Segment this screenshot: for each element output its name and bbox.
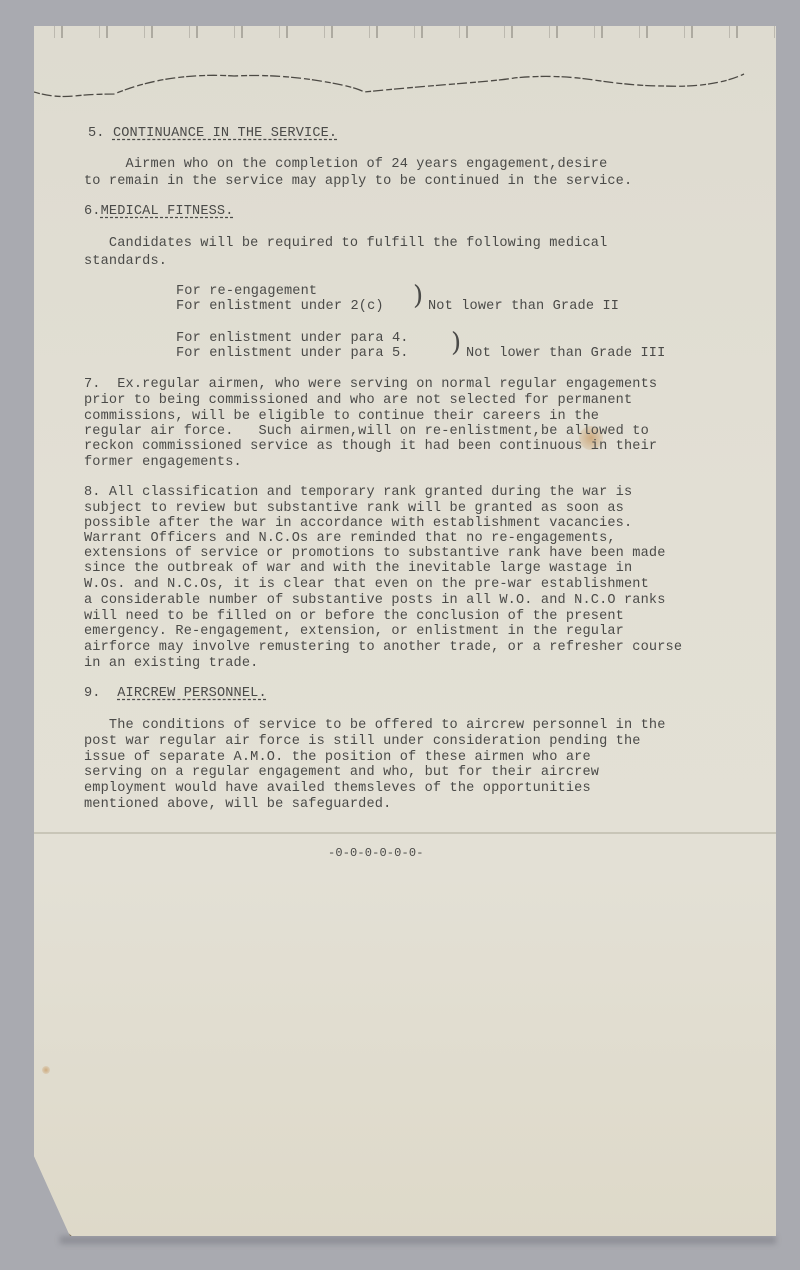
section-8-line-1: 8. All classification and temporary rank… — [84, 485, 632, 501]
brace-2: ) — [451, 328, 461, 358]
section-7-line-3: commissions, will be eligible to continu… — [84, 409, 599, 425]
section-8-line-2: subject to review but substantive rank w… — [84, 501, 624, 517]
section-9-line-5: employment would have availed themsleves… — [84, 781, 591, 797]
standard-1-requirement: Not lower than Grade II — [428, 299, 619, 315]
brace-1: ) — [413, 281, 423, 311]
section-8-line-9: will need to be filled on or before the … — [84, 609, 624, 625]
standard-1-condition-1: For re-engagement — [176, 284, 317, 300]
section-5-line-1: Airmen who on the completion of 24 years… — [84, 157, 607, 173]
section-7-line-4: regular air force. Such airmen,will on r… — [84, 424, 649, 440]
section-9-heading: AIRCREW PERSONNEL. — [117, 686, 267, 701]
torn-edge-line — [34, 62, 776, 102]
section-7-line-2: prior to being commissioned and who are … — [84, 393, 632, 409]
standard-2-condition-1: For enlistment under para 4. — [176, 331, 409, 347]
section-7-line-5: reckon commissioned service as though it… — [84, 439, 657, 455]
ink-dot — [42, 1066, 50, 1074]
corner-crease — [37, 1206, 73, 1238]
fold-crease — [34, 832, 776, 834]
section-8-line-12: in an existing trade. — [84, 656, 258, 672]
standard-2-requirement: Not lower than Grade III — [466, 346, 665, 362]
section-8-line-10: emergency. Re-engagement, extension, or … — [84, 624, 624, 640]
section-7-line-6: former engagements. — [84, 455, 242, 471]
section-5-line-2: to remain in the service may apply to be… — [84, 174, 632, 190]
section-9-line-3: issue of separate A.M.O. the position of… — [84, 750, 591, 766]
section-9-title: 9. AIRCREW PERSONNEL. — [84, 686, 267, 702]
standard-2-condition-2: For enlistment under para 5. — [176, 346, 409, 362]
section-5-heading: CONTINUANCE IN THE SERVICE. — [113, 126, 337, 141]
section-8-line-7: W.Os. and N.C.Os, it is clear that even … — [84, 577, 649, 593]
section-9-line-1: The conditions of service to be offered … — [84, 718, 666, 734]
paper-shadow — [60, 1236, 776, 1244]
section-9-line-2: post war regular air force is still unde… — [84, 734, 641, 750]
section-6-title: 6.MEDICAL FITNESS. — [84, 204, 234, 220]
section-8-line-8: a considerable number of substantive pos… — [84, 593, 666, 609]
section-6-heading: MEDICAL FITNESS. — [101, 204, 234, 219]
section-9-line-4: serving on a regular engagement and who,… — [84, 765, 599, 781]
section-8-line-3: possible after the war in accordance wit… — [84, 516, 632, 532]
section-8-line-11: airforce may involve remustering to anot… — [84, 640, 682, 656]
section-8-line-4: Warrant Officers and N.C.Os are reminded… — [84, 531, 616, 547]
section-6-line-1: Candidates will be required to fulfill t… — [84, 236, 607, 252]
section-9-line-6: mentioned above, will be safeguarded. — [84, 797, 391, 813]
standard-1-condition-2: For enlistment under 2(c) — [176, 299, 384, 315]
section-8-line-5: extensions of service or promotions to s… — [84, 546, 666, 562]
end-mark: -0-0-0-0-0-0- — [328, 845, 424, 861]
section-6-line-2: standards. — [84, 254, 167, 270]
section-8-line-6: since the outbreak of war and with the i… — [84, 561, 632, 577]
section-5-title: 5. CONTINUANCE IN THE SERVICE. — [88, 126, 337, 142]
perforated-edge — [34, 26, 776, 38]
section-7-line-1: 7. Ex.regular airmen, who were serving o… — [84, 377, 657, 393]
